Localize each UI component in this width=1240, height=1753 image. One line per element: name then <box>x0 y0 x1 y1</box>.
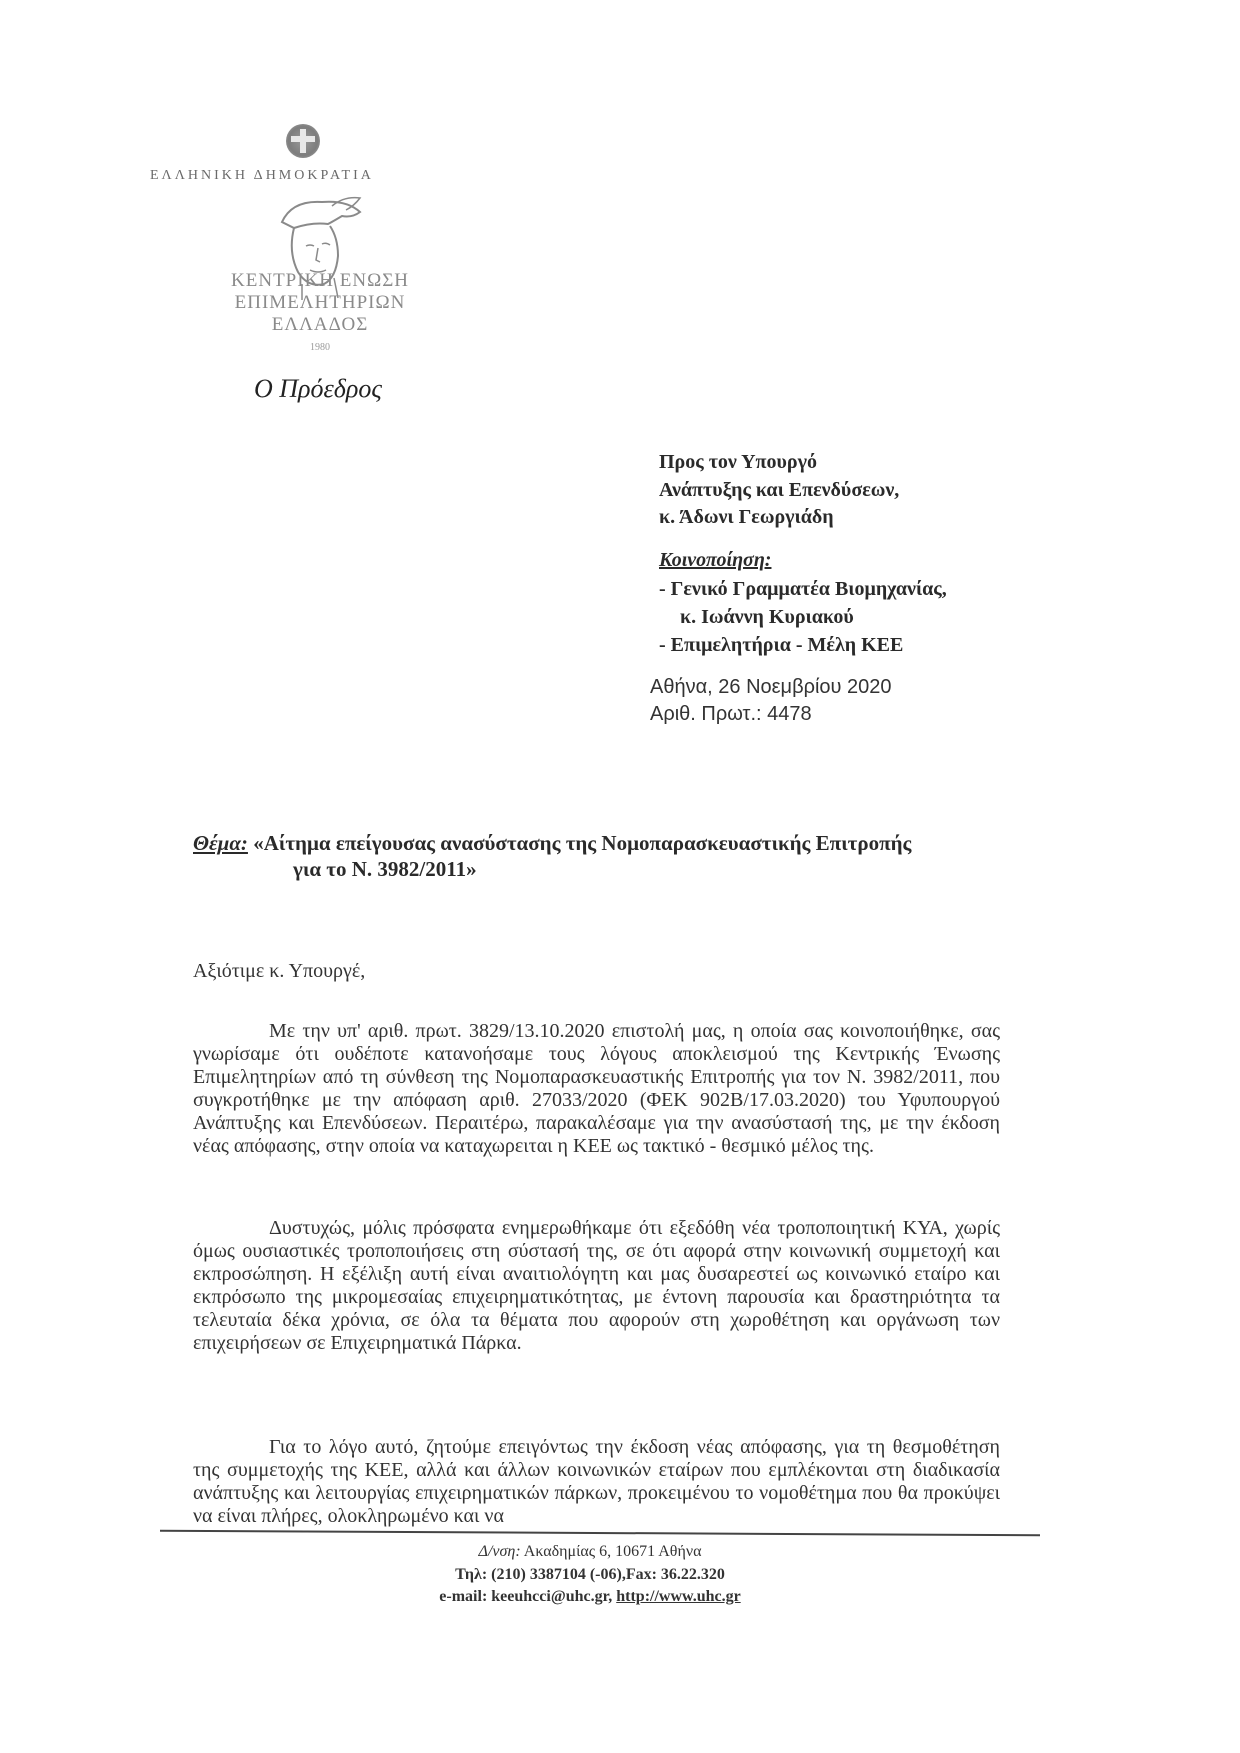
subject-label: Θέμα: <box>193 831 248 855</box>
footer-contact: e-mail: keeuhcci@uhc.gr, http://www.uhc.… <box>340 1588 840 1606</box>
org-name-line-3: ΕΛΛΑΔΟΣ <box>200 314 440 336</box>
subject-text: «Αίτημα επείγουσας ανασύστασης της Νομοπ… <box>253 831 911 855</box>
salutation: Αξιότιμε κ. Υπουργέ, <box>193 960 365 983</box>
recipient-line-3: κ. Άδωνι Γεωργιάδη <box>659 506 834 529</box>
body-paragraph-3: Για το λόγο αυτό, ζητούμε επειγόντως την… <box>193 1436 1000 1528</box>
body-paragraph-2: Δυστυχώς, μόλις πρόσφατα ενημερωθήκαμε ό… <box>193 1217 1000 1355</box>
address-text: Ακαδημίας 6, 10671 Αθήνα <box>521 1543 702 1560</box>
recipient-line-2: Ανάπτυξης και Επενδύσεων, <box>659 479 899 502</box>
email-text: e-mail: keeuhcci@uhc.gr, <box>439 1588 616 1605</box>
cc-label: Κοινοποίηση: <box>659 549 771 572</box>
subject-text-continued: για το Ν. 3982/2011» <box>193 856 1013 882</box>
republic-heading: ΕΛΛΗΝΙΚΗ ΔΗΜΟΚΡΑΤΙΑ <box>150 168 470 184</box>
paragraph-text: Δυστυχώς, μόλις πρόσφατα ενημερωθήκαμε ό… <box>193 1217 1000 1355</box>
footer-phone: Τηλ: (210) 3387104 (-06),Fax: 36.22.320 <box>340 1566 840 1584</box>
body-paragraph-1: Με την υπ' αριθ. πρωτ. 3829/13.10.2020 ε… <box>193 1020 1000 1158</box>
org-name-line-1: ΚΕΝΤΡΙΚΗ ΕΝΩΣΗ <box>200 270 440 292</box>
cc-line-3: - Επιμελητήρια - Μέλη ΚΕΕ <box>659 634 903 657</box>
cc-line-2: κ. Ιωάννη Κυριακού <box>680 606 854 629</box>
footer-divider <box>160 1530 1040 1537</box>
cc-line-1: - Γενικό Γραμματέα Βιομηχανίας, <box>659 578 947 601</box>
website-link[interactable]: http://www.uhc.gr <box>616 1588 740 1605</box>
paragraph-text: Για το λόγο αυτό, ζητούμε επειγόντως την… <box>193 1436 1000 1528</box>
signatory-title: Ο Πρόεδρος <box>254 374 382 404</box>
date-line: Αθήνα, 26 Νοεμβρίου 2020 <box>650 676 892 699</box>
hellenic-coat-of-arms-icon <box>286 124 320 158</box>
subject-block: Θέμα: «Αίτημα επείγουσας ανασύστασης της… <box>193 830 1013 882</box>
paragraph-text: Με την υπ' αριθ. πρωτ. 3829/13.10.2020 ε… <box>193 1020 1000 1158</box>
founding-year: 1980 <box>200 342 440 353</box>
org-name-line-2: ΕΠΙΜΕΛΗΤΗΡΙΩΝ <box>200 292 440 314</box>
address-label: Δ/νση: <box>479 1543 521 1560</box>
recipient-line-1: Προς τον Υπουργό <box>659 451 817 474</box>
footer-address: Δ/νση: Ακαδημίας 6, 10671 Αθήνα <box>340 1543 840 1561</box>
protocol-number: Αριθ. Πρωτ.: 4478 <box>650 703 812 726</box>
